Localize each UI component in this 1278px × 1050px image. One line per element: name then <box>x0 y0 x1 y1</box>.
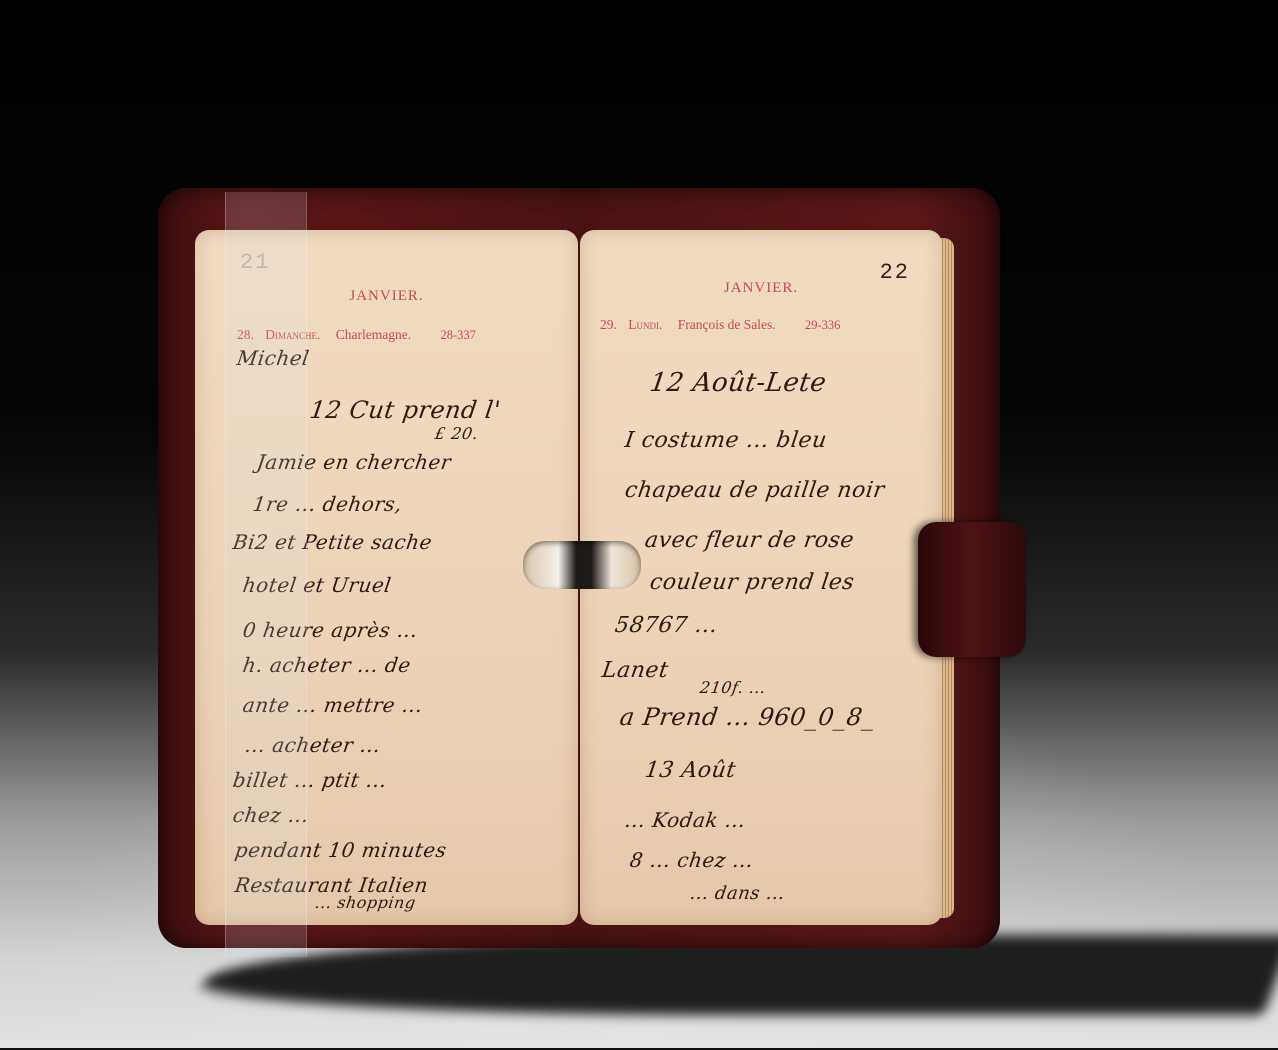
handwriting-line: ... Kodak ... <box>624 810 747 830</box>
right-day-count: 29-336 <box>805 318 840 332</box>
handwriting-line: 13 Août <box>643 760 737 782</box>
handwriting-line: a Prend ... 960_0_8_ <box>618 705 876 729</box>
clear-tape <box>225 192 307 957</box>
handwriting-line: 8 ... chez ... <box>629 850 755 870</box>
leather-clasp <box>918 522 1026 657</box>
handwriting-line: chapeau de paille noir <box>623 480 885 502</box>
handwriting-line: I costume ... bleu <box>623 430 828 452</box>
handwriting-line: avec fleur de rose <box>643 530 855 552</box>
right-weekday: Lundi. <box>628 317 662 332</box>
handwriting-line: £ 20. <box>434 426 479 442</box>
handwriting-line: ... shopping <box>314 895 417 911</box>
right-day-number: 29. <box>600 317 617 332</box>
handwriting-line: couleur prend les <box>648 572 855 594</box>
clasp-hole <box>523 541 641 589</box>
right-month-heading: JANVIER. <box>580 280 942 297</box>
left-saint: Charlemagne. <box>336 327 411 342</box>
left-day-count: 28-337 <box>440 328 475 342</box>
right-day-line: 29. Lundi. François de Sales. 29-336 <box>600 317 840 333</box>
handwriting-line: ... dans ... <box>689 885 786 903</box>
handwriting-line: 12 Cut prend l' <box>308 398 502 422</box>
handwriting-line: 58767 ... <box>613 615 719 637</box>
handwriting-line: Lanet <box>600 660 669 682</box>
right-saint: François de Sales. <box>678 317 776 332</box>
handwriting-line: 12 Août-Lete <box>648 370 828 396</box>
handwriting-line: 210f. ... <box>699 680 767 696</box>
